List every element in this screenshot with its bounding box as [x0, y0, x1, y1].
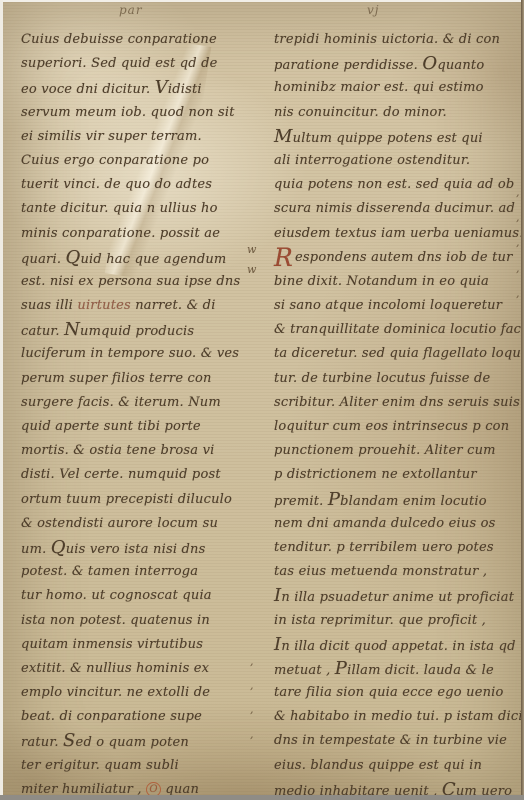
text-segment: tante dicitur. quia n ullius ho	[21, 201, 218, 216]
text-tint: uirtutes	[77, 298, 131, 313]
text-segment: umquid producis	[80, 324, 194, 339]
text-segment: extitit. & nullius hominis ex	[21, 661, 209, 676]
text-segment: nem dni amanda dulcedo eius os	[274, 516, 496, 531]
text-segment: potest. & tamen interroga	[21, 564, 198, 579]
text-segment: ,	[250, 679, 254, 692]
text-segment: paratione perdidisse.	[274, 58, 422, 73]
text-line: ta diceretur. sed quia flagellato loqui	[274, 342, 522, 366]
text-segment: catur.	[21, 324, 64, 339]
text-line: & habitabo in medio tui. p istam dicit	[274, 705, 522, 729]
text-segment: nis conuincitur. do minor.	[274, 105, 447, 120]
margin-tick: ,	[250, 674, 254, 698]
text-segment: Cuius ergo conparatione po	[21, 153, 209, 168]
text-segment: tur. de turbine locutus fuisse de	[274, 371, 490, 386]
text-segment: tare filia sion quia ecce ego uenio	[274, 685, 504, 700]
text-segment: Cuius debuisse conparatione	[21, 32, 217, 47]
text-segment: tas eius metuenda monstratur ,	[274, 564, 487, 579]
text-line: extitit. & nullius hominis ex	[21, 657, 263, 681]
text-segment: ultum quippe potens est qui	[293, 131, 483, 146]
text-segment: ,	[516, 262, 520, 275]
text-line: ratur. Sed o quam poten	[21, 729, 263, 753]
right-margin-tick-marks: ,,,,,	[516, 180, 520, 306]
text-line: Multum quippe potens est qui	[274, 125, 522, 149]
text-cap: Q	[51, 537, 66, 558]
text-segment: metuat ,	[274, 663, 335, 678]
text-segment: n illa psuadetur anime ut proficiat	[281, 590, 514, 605]
text-line: eo voce dni dicitur. Vidisti	[21, 76, 263, 100]
text-line: ali interrogatione ostenditur.	[274, 149, 522, 173]
text-line: Cuius ergo conparatione po	[21, 149, 263, 173]
text-segment: w	[247, 243, 256, 256]
text-segment: beat. di conparatione supe	[21, 709, 202, 724]
text-cap: Q	[65, 247, 80, 268]
text-cap: P	[335, 658, 347, 679]
gutter-tick-marks: ,,,,	[250, 650, 254, 747]
text-segment: eius. blandus quippe est qui in	[274, 758, 482, 773]
text-segment: scura nimis disserenda ducimur. ad	[274, 201, 515, 216]
margin-tick: ,	[516, 180, 520, 205]
text-cap: P	[328, 489, 340, 510]
text-line: beat. di conparatione supe	[21, 705, 263, 729]
text-segment: uid hac que agendum	[80, 252, 226, 267]
text-segment: eiusdem textus iam uerba ueniamus.	[274, 226, 522, 241]
text-segment: punctionem prouehit. Aliter cum	[274, 443, 496, 458]
text-line: hominibz maior est. qui estimo	[274, 76, 522, 100]
text-line: tante dicitur. quia n ullius ho	[21, 197, 263, 221]
text-segment: blandam enim locutio	[340, 494, 487, 509]
text-line: perum super filios terre con	[21, 367, 263, 391]
text-ring: O	[146, 782, 161, 795]
text-segment: quitam inmensis virtutibus	[21, 637, 203, 652]
text-segment: bine dixit. Notandum in eo quia	[274, 274, 489, 289]
text-line: emplo vincitur. ne extolli de	[21, 681, 263, 705]
text-segment: um.	[21, 542, 51, 557]
text-line: surgere facis. & iterum. Num	[21, 391, 263, 415]
text-line: In illa dicit quod appetat. in ista qd	[274, 633, 522, 657]
text-segment: dns in tempestate & in turbine vie	[274, 733, 507, 748]
text-line: suas illi uirtutes narret. & di	[21, 294, 263, 318]
text-line: si sano atque incolomi loqueretur	[274, 294, 522, 318]
text-segment: & tranquillitate dominica locutio fac	[274, 322, 521, 337]
text-segment: ,	[250, 728, 254, 741]
text-segment: espondens autem dns iob de tur	[295, 250, 512, 265]
text-cap: M	[274, 126, 293, 147]
text-line: ista non potest. quatenus in	[21, 609, 263, 633]
text-segment: quari.	[21, 252, 65, 267]
text-segment: n illa dicit quod appetat. in ista qd	[281, 639, 515, 654]
text-segment: um uero	[456, 784, 512, 795]
text-segment: luciferum in tempore suo. & ves	[21, 346, 239, 361]
text-segment: tur homo. ut cognoscat quia	[21, 588, 212, 603]
text-segment: eo voce dni dicitur.	[21, 82, 155, 97]
text-line: nem dni amanda dulcedo eius os	[274, 512, 522, 536]
text-line: Cuius debuisse conparatione	[21, 28, 263, 52]
text-line: scura nimis disserenda ducimur. ad	[274, 197, 522, 221]
text-line: eiusdem textus iam uerba ueniamus.	[274, 222, 522, 246]
margin-tick: ,	[516, 205, 520, 230]
right-text-column: trepidi hominis uictoria. & di conparati…	[274, 28, 522, 795]
text-segment: surgere facis. & iterum. Num	[21, 395, 221, 410]
text-line: est. nisi ex persona sua ipse dns	[21, 270, 263, 294]
text-segment: idisti	[168, 82, 202, 97]
text-cap: O	[422, 53, 437, 74]
text-line: scribitur. Aliter enim dns seruis suis	[274, 391, 522, 415]
text-cap: V	[155, 77, 168, 98]
text-segment: ali interrogatione ostenditur.	[274, 153, 470, 168]
text-line: tuerit vinci. de quo do adtes	[21, 173, 263, 197]
margin-tick: ,	[250, 650, 254, 674]
marginal-w-mark: w	[247, 240, 256, 260]
text-line: dns in tempestate & in turbine vie	[274, 729, 522, 753]
text-line: superiori. Sed quid est qd de	[21, 52, 263, 76]
text-line: p districtionem ne extollantur	[274, 463, 522, 487]
text-segment: est. nisi ex persona sua ipse dns	[21, 274, 240, 289]
text-segment: emplo vincitur. ne extolli de	[21, 685, 210, 700]
text-line: potest. & tamen interroga	[21, 560, 263, 584]
text-segment: ratur.	[21, 735, 63, 750]
text-segment: ,	[516, 186, 520, 199]
margin-tick: ,	[250, 698, 254, 722]
text-segment: disti. Vel certe. numquid post	[21, 467, 221, 482]
margin-tick: ,	[516, 256, 520, 281]
left-text-column: Cuius debuisse conparationesuperiori. Se…	[21, 28, 263, 795]
text-line: Respondens autem dns iob de tur	[274, 246, 522, 270]
text-segment: & habitabo in medio tui. p istam dicit	[274, 709, 522, 724]
text-initial: R	[274, 253, 293, 263]
text-segment: miter humiliatur ,	[21, 782, 146, 795]
text-segment: tenditur. p terribilem uero potes	[274, 540, 494, 555]
text-line: punctionem prouehit. Aliter cum	[274, 439, 522, 463]
text-line: quia potens non est. sed quia ad ob	[274, 173, 522, 197]
text-segment: quid aperte sunt tibi porte	[21, 419, 201, 434]
text-cap: S	[63, 730, 76, 751]
text-line: eius. blandus quippe est qui in	[274, 754, 522, 778]
text-line: catur. Numquid producis	[21, 318, 263, 342]
running-header-right: vj	[367, 3, 380, 17]
text-line: tur homo. ut cognoscat quia	[21, 584, 263, 608]
text-segment: medio inhabitare uenit ,	[274, 784, 442, 795]
text-line: tare filia sion quia ecce ego uenio	[274, 681, 522, 705]
photo-edge-bottom	[0, 795, 524, 800]
text-line: tenditur. p terribilem uero potes	[274, 536, 522, 560]
text-line: & tranquillitate dominica locutio fac	[274, 318, 522, 342]
margin-tick: ,	[250, 723, 254, 747]
manuscript-photo: par vj Cuius debuisse conparationesuperi…	[0, 0, 524, 800]
text-segment: p districtionem ne extollantur	[274, 467, 477, 482]
running-header-left: par	[119, 3, 143, 17]
text-line: disti. Vel certe. numquid post	[21, 463, 263, 487]
text-segment: trepidi hominis uictoria. & di con	[274, 32, 500, 47]
text-cap: C	[442, 779, 456, 795]
text-line: ter erigitur. quam subli	[21, 754, 263, 778]
text-segment: & ostendisti aurore locum su	[21, 516, 218, 531]
manuscript-page: par vj Cuius debuisse conparationesuperi…	[3, 2, 522, 795]
text-line: ortum tuum precepisti diluculo	[21, 488, 263, 512]
text-segment: premit.	[274, 494, 328, 509]
text-segment: narret. & di	[131, 298, 216, 313]
text-line: tur. de turbine locutus fuisse de	[274, 367, 522, 391]
text-segment: ,	[250, 655, 254, 668]
text-line: quid aperte sunt tibi porte	[21, 415, 263, 439]
text-line: in ista reprimitur. que proficit ,	[274, 609, 522, 633]
text-segment: scribitur. Aliter enim dns seruis suis	[274, 395, 520, 410]
text-segment: mortis. & ostia tene brosa vi	[21, 443, 215, 458]
text-segment: si sano atque incolomi loqueretur	[274, 298, 502, 313]
text-line: & ostendisti aurore locum su	[21, 512, 263, 536]
text-line: loquitur cum eos intrinsecus p con	[274, 415, 522, 439]
text-segment: quan	[161, 782, 199, 795]
text-segment: loquitur cum eos intrinsecus p con	[274, 419, 509, 434]
margin-tick: ,	[516, 281, 520, 306]
text-segment: w	[247, 263, 256, 276]
text-line: um. Quis vero ista nisi dns	[21, 536, 263, 560]
text-segment: ortum tuum precepisti diluculo	[21, 492, 232, 507]
text-line: tas eius metuenda monstratur ,	[274, 560, 522, 584]
text-segment: superiori. Sed quid est qd de	[21, 56, 218, 71]
text-cap: N	[64, 319, 80, 340]
text-segment: ta diceretur. sed quia flagellato loqui	[274, 346, 522, 361]
text-line: nis conuincitur. do minor.	[274, 101, 522, 125]
text-line: servum meum iob. quod non sit	[21, 101, 263, 125]
text-segment: uis vero ista nisi dns	[66, 542, 206, 557]
text-line: metuat , Pillam dicit. lauda & le	[274, 657, 522, 681]
text-segment: ,	[516, 211, 520, 224]
text-line: paratione perdidisse. Oquanto	[274, 52, 522, 76]
text-segment: ed o quam poten	[76, 735, 189, 750]
gutter-w-marginalia: ww	[247, 240, 256, 280]
text-line: medio inhabitare uenit , Cum uero	[274, 778, 522, 795]
text-segment: in ista reprimitur. que proficit ,	[274, 613, 486, 628]
text-line: quitam inmensis virtutibus	[21, 633, 263, 657]
text-line: mortis. & ostia tene brosa vi	[21, 439, 263, 463]
text-segment: tuerit vinci. de quo do adtes	[21, 177, 212, 192]
text-segment: ,	[516, 236, 520, 249]
text-line: luciferum in tempore suo. & ves	[21, 342, 263, 366]
text-line: minis conparatione. possit ae	[21, 222, 263, 246]
text-segment: hominibz maior est. qui estimo	[274, 80, 484, 95]
text-segment: ter erigitur. quam subli	[21, 758, 179, 773]
text-line: bine dixit. Notandum in eo quia	[274, 270, 522, 294]
text-segment: illam dicit. lauda & le	[347, 663, 494, 678]
marginal-w-mark: w	[247, 260, 256, 280]
text-segment: quia potens non est. sed quia ad ob	[274, 177, 514, 192]
text-line: In illa psuadetur anime ut proficiat	[274, 584, 522, 608]
text-segment: servum meum iob. quod non sit	[21, 105, 235, 120]
text-segment: quanto	[437, 58, 484, 73]
text-segment: ista non potest. quatenus in	[21, 613, 210, 628]
text-segment: ,	[516, 287, 520, 300]
text-line: miter humiliatur , O quan	[21, 778, 263, 795]
text-segment: minis conparatione. possit ae	[21, 226, 220, 241]
text-segment: perum super filios terre con	[21, 371, 212, 386]
text-segment: ei similis vir super terram.	[21, 129, 202, 144]
text-line: ei similis vir super terram.	[21, 125, 263, 149]
text-segment: suas illi	[21, 298, 77, 313]
text-line: trepidi hominis uictoria. & di con	[274, 28, 522, 52]
margin-tick: ,	[516, 230, 520, 255]
text-line: premit. Pblandam enim locutio	[274, 488, 522, 512]
text-line: quari. Quid hac que agendum	[21, 246, 263, 270]
text-segment: ,	[250, 703, 254, 716]
